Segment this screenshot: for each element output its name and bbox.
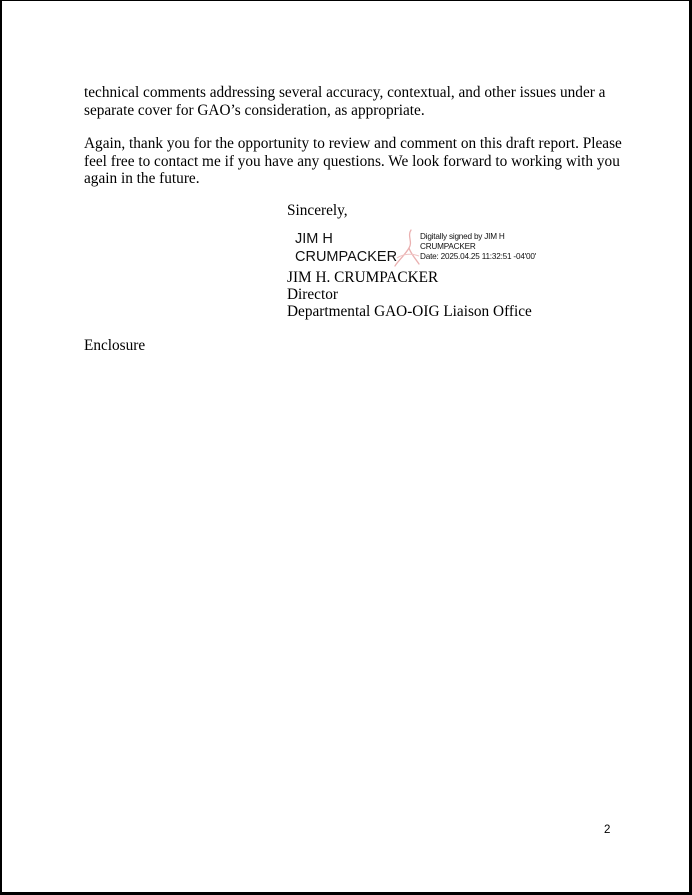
signer-office: Departmental GAO-OIG Liaison Office <box>287 303 532 320</box>
document-page: technical comments addressing several ac… <box>0 0 692 895</box>
signature-details-line1: Digitally signed by JIM H <box>420 232 536 242</box>
signature-details: Digitally signed by JIM H CRUMPACKER Dat… <box>420 232 536 262</box>
signer-block: JIM H. CRUMPACKER Director Departmental … <box>287 269 532 320</box>
signature-details-line2: CRUMPACKER <box>420 242 536 252</box>
signature-name-line2: CRUMPACKER <box>295 248 397 266</box>
closing-salutation: Sincerely, <box>287 202 348 220</box>
signature-name: JIM H CRUMPACKER <box>295 230 397 266</box>
signer-name: JIM H. CRUMPACKER <box>287 269 532 286</box>
enclosure-label: Enclosure <box>84 337 145 355</box>
page-number: 2 <box>604 824 610 836</box>
paragraph-thank-you: Again, thank you for the opportunity to … <box>84 135 624 188</box>
signature-date: Date: 2025.04.25 11:32:51 -04'00' <box>420 252 536 262</box>
signer-title: Director <box>287 286 532 303</box>
paragraph-technical-comments: technical comments addressing several ac… <box>84 84 624 119</box>
digital-signature[interactable]: JIM H CRUMPACKER Digitally signed by JIM… <box>287 228 557 270</box>
signature-name-line1: JIM H <box>295 230 397 248</box>
adobe-signature-mark-icon <box>391 228 421 268</box>
